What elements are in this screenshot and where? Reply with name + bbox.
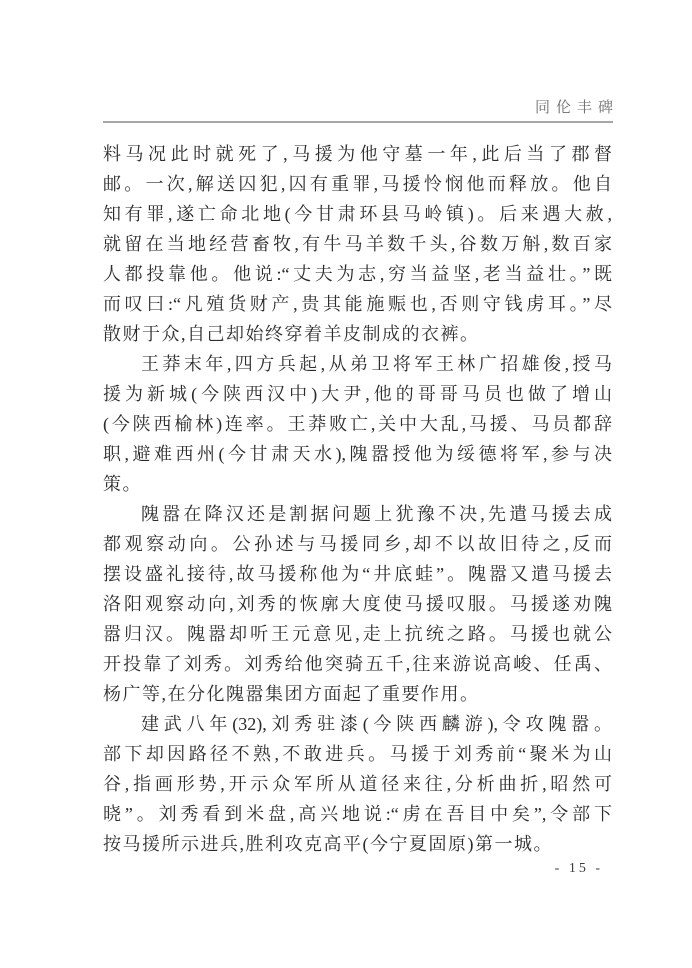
text-line: 而叹曰:“凡殖货财产,贵其能施赈也,否则守钱虏耳。”尽 — [103, 289, 612, 319]
text-line: 料马况此时就死了,马援为他守墓一年,此后当了郡督 — [103, 139, 612, 169]
text-line: 谷,指画形势,开示众军所从道径来往,分析曲折,昭然可 — [103, 769, 612, 799]
text-line: 职,避难西州(今甘肃天水),隗嚣授他为绥德将军,参与决 — [103, 439, 612, 469]
header-rule — [103, 121, 613, 123]
running-head: 同伦丰碑 — [103, 99, 613, 123]
text-line: 晓”。刘秀看到米盘,高兴地说:“虏在吾目中矣”,令部下 — [103, 799, 612, 829]
running-head-title: 同伦丰碑 — [103, 99, 619, 117]
book-page: 同伦丰碑 料马况此时就死了,马援为他守墓一年,此后当了郡督邮。一次,解送囚犯,囚… — [0, 0, 692, 968]
text-line: 隗嚣在降汉还是割据问题上犹豫不决,先遣马援去成 — [103, 499, 612, 529]
text-line: 援为新城(今陕西汉中)大尹,他的哥哥马员也做了增山 — [103, 379, 612, 409]
text-line: 嚣归汉。隗嚣却听王元意见,走上抗统之路。马援也就公 — [103, 619, 612, 649]
text-line: 建武八年(32),刘秀驻漆(今陕西麟游),令攻隗嚣。 — [103, 709, 612, 739]
text-line: (今陕西榆林)连率。王莽败亡,关中大乱,马援、马员都辞 — [103, 409, 612, 439]
text-line: 就留在当地经营畜牧,有牛马羊数千头,谷数万斛,数百家 — [103, 229, 612, 259]
text-line: 王莽末年,四方兵起,从弟卫将军王林广招雄俊,授马 — [103, 349, 612, 379]
page-number: - 15 - — [103, 858, 603, 880]
text-line: 按马援所示进兵,胜利攻克高平(今宁夏固原)第一城。 — [103, 829, 612, 859]
text-line: 邮。一次,解送囚犯,囚有重罪,马援怜悯他而释放。他自 — [103, 169, 612, 199]
text-line: 部下却因路径不熟,不敢进兵。马援于刘秀前“聚米为山 — [103, 739, 612, 769]
text-line: 洛阳观察动向,刘秀的恢廓大度使马援叹服。马援遂劝隗 — [103, 589, 612, 619]
text-line: 杨广等,在分化隗嚣集团方面起了重要作用。 — [103, 679, 612, 709]
text-line: 策。 — [103, 469, 612, 499]
text-line: 都观察动向。公孙述与马援同乡,却不以故旧待之,反而 — [103, 529, 612, 559]
text-line: 知有罪,遂亡命北地(今甘肃环县马岭镇)。后来遇大赦, — [103, 199, 612, 229]
text-body: 料马况此时就死了,马援为他守墓一年,此后当了郡督邮。一次,解送囚犯,囚有重罪,马… — [103, 139, 612, 859]
text-line: 摆设盛礼接待,故马援称他为“井底蛙”。隗嚣又遣马援去 — [103, 559, 612, 589]
text-line: 散财于众,自己却始终穿着羊皮制成的衣裤。 — [103, 319, 612, 349]
text-line: 开投靠了刘秀。刘秀给他突骑五千,往来游说高峻、任禹、 — [103, 649, 612, 679]
text-line: 人都投靠他。他说:“丈夫为志,穷当益坚,老当益壮。”既 — [103, 259, 612, 289]
